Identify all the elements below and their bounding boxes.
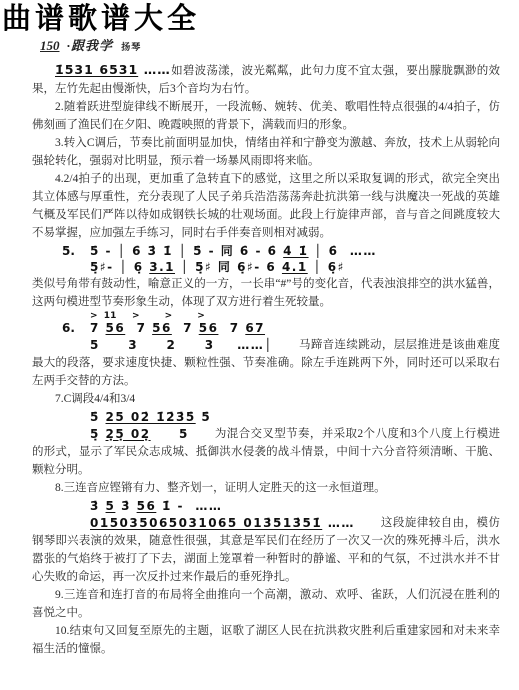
notation-block-6: > 11 > > > 6.7 56 7 56 7 56 7 67	[62, 312, 500, 336]
paragraph-1: 1̇531 6531 ……如碧波荡漾，波光粼粼，此句力度不宜太强，要出朦胧飘渺的…	[32, 61, 500, 98]
notation-7-line-upper: 5̇ 25 02̇ 1̇2̇3̇5̇ 5̇	[90, 410, 211, 424]
paragraph-3: 3.转入C调后，节奏比前面明显加快，情绪由祥和宁静变为激越、奔放，技术上从弱轮向…	[32, 134, 500, 170]
item-number-6: 6.	[62, 320, 90, 336]
paragraph-4: 4.2/4拍子的出现，更加重了急转直下的感觉，这里之所以采取复调的形式，欲完全突…	[32, 170, 500, 242]
page-number: 150	[40, 38, 60, 53]
notation-8-line-upper: 3̇ 5 3̇ 56 1̇ - ……	[90, 499, 222, 513]
accent-marks-row: > 11 > > >	[90, 312, 500, 320]
notation-8-line-lower: 015035065031065 013̇513̇51̇ ……	[90, 514, 355, 532]
item-number-5: 5.	[62, 243, 90, 259]
scanned-book-page: 曲谱歌谱大全 150 ·跟我学 扬琴 1̇531 6531 ……如碧波荡漾，波光…	[0, 0, 519, 690]
series-title: ·跟我学	[67, 38, 113, 53]
paragraph-7-heading: 7.C调段4/4和3/4	[32, 390, 500, 408]
notation-8-row-a: 3̇ 5 3̇ 56 1̇ - ……	[90, 498, 500, 514]
notation-5-line-lower: 5̣♯- │ 6̣ 3.1 │ 5̣♯ 同 6̣♯- 6 4.1 │ 6̣♯	[90, 260, 345, 274]
notation-6-line-lower: 5 3 2 3 ……│	[90, 336, 273, 354]
notation-6-row-a: 6.7 56 7 56 7 56 7 67	[62, 320, 500, 336]
notation-block-7: 5̇ 25 02̇ 1̇2̇3̇5̇ 5̇	[62, 409, 500, 425]
notation-6-line-upper: 7 56 7 56 7 56 7 67	[90, 321, 265, 335]
notation-5-line-upper: 5̇ - │ 6̇ 3̇ 1̇ │ 5̇ - 同 6̇ - 6̇ 4̇ 1̇ │…	[90, 244, 377, 258]
paragraph-10: 10.结束句又回复至原先的主题，讴歌了湖区人民在抗洪救灾胜利后重建家园和对未来幸…	[32, 622, 500, 658]
notation-inline-1: 1̇531 6531 ……	[55, 62, 171, 77]
paragraph-8-text: 8.三连音应铿锵有力、整齐划一，证明人定胜天的这一永恒道理。	[32, 479, 500, 497]
book-title: 曲谱歌谱大全	[0, 0, 519, 34]
paragraph-2: 2.随着跃进型旋律线不断展开，一段流畅、婉转、优美、歌唱性特点很强的4/4拍子，…	[32, 98, 500, 134]
notation-block-5: 5.5̇ - │ 6̇ 3̇ 1̇ │ 5̇ - 同 6̇ - 6̇ 4̇ 1̇…	[62, 243, 500, 275]
notation-5-row-a: 5.5̇ - │ 6̇ 3̇ 1̇ │ 5̇ - 同 6̇ - 6̇ 4̇ 1̇…	[62, 243, 500, 259]
notation-block-8: 3̇ 5 3̇ 56 1̇ - ……	[62, 498, 500, 514]
instrument-label: 扬琴	[121, 42, 141, 52]
paragraph-5-text: 类似号角带有鼓动性，喻意正义的一方，一长串“#”号的变化音，代表浊浪排空的洪水猛…	[32, 275, 500, 311]
notation-7-line-lower: 5̣ 2̣5̣ 02̣ 5	[90, 425, 189, 443]
notation-5-row-b: 5̣♯- │ 6̣ 3.1 │ 5̣♯ 同 6̣♯- 6 4.1 │ 6̣♯	[90, 259, 500, 275]
article-body: 1̇531 6531 ……如碧波荡漾，波光粼粼，此句力度不宜太强，要出朦胧飘渺的…	[0, 55, 519, 658]
running-header: 150 ·跟我学 扬琴	[40, 38, 519, 55]
paragraph-9: 9.三连音和连打音的布局将全曲推向一个高潮，激动、欢呼、雀跃，人们沉浸在胜利的喜…	[32, 586, 500, 622]
notation-7-row-a: 5̇ 25 02̇ 1̇2̇3̇5̇ 5̇	[90, 409, 500, 425]
